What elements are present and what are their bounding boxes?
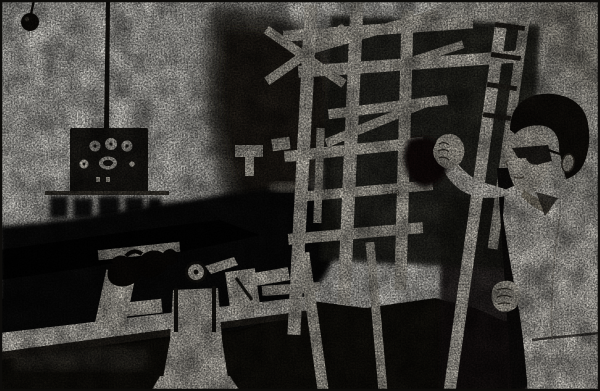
halftone-photo: 210 [0,0,600,391]
photo-canvas: 210 [0,0,600,391]
mottle-overlay [0,0,600,391]
photo-stage: 210 [0,0,600,391]
